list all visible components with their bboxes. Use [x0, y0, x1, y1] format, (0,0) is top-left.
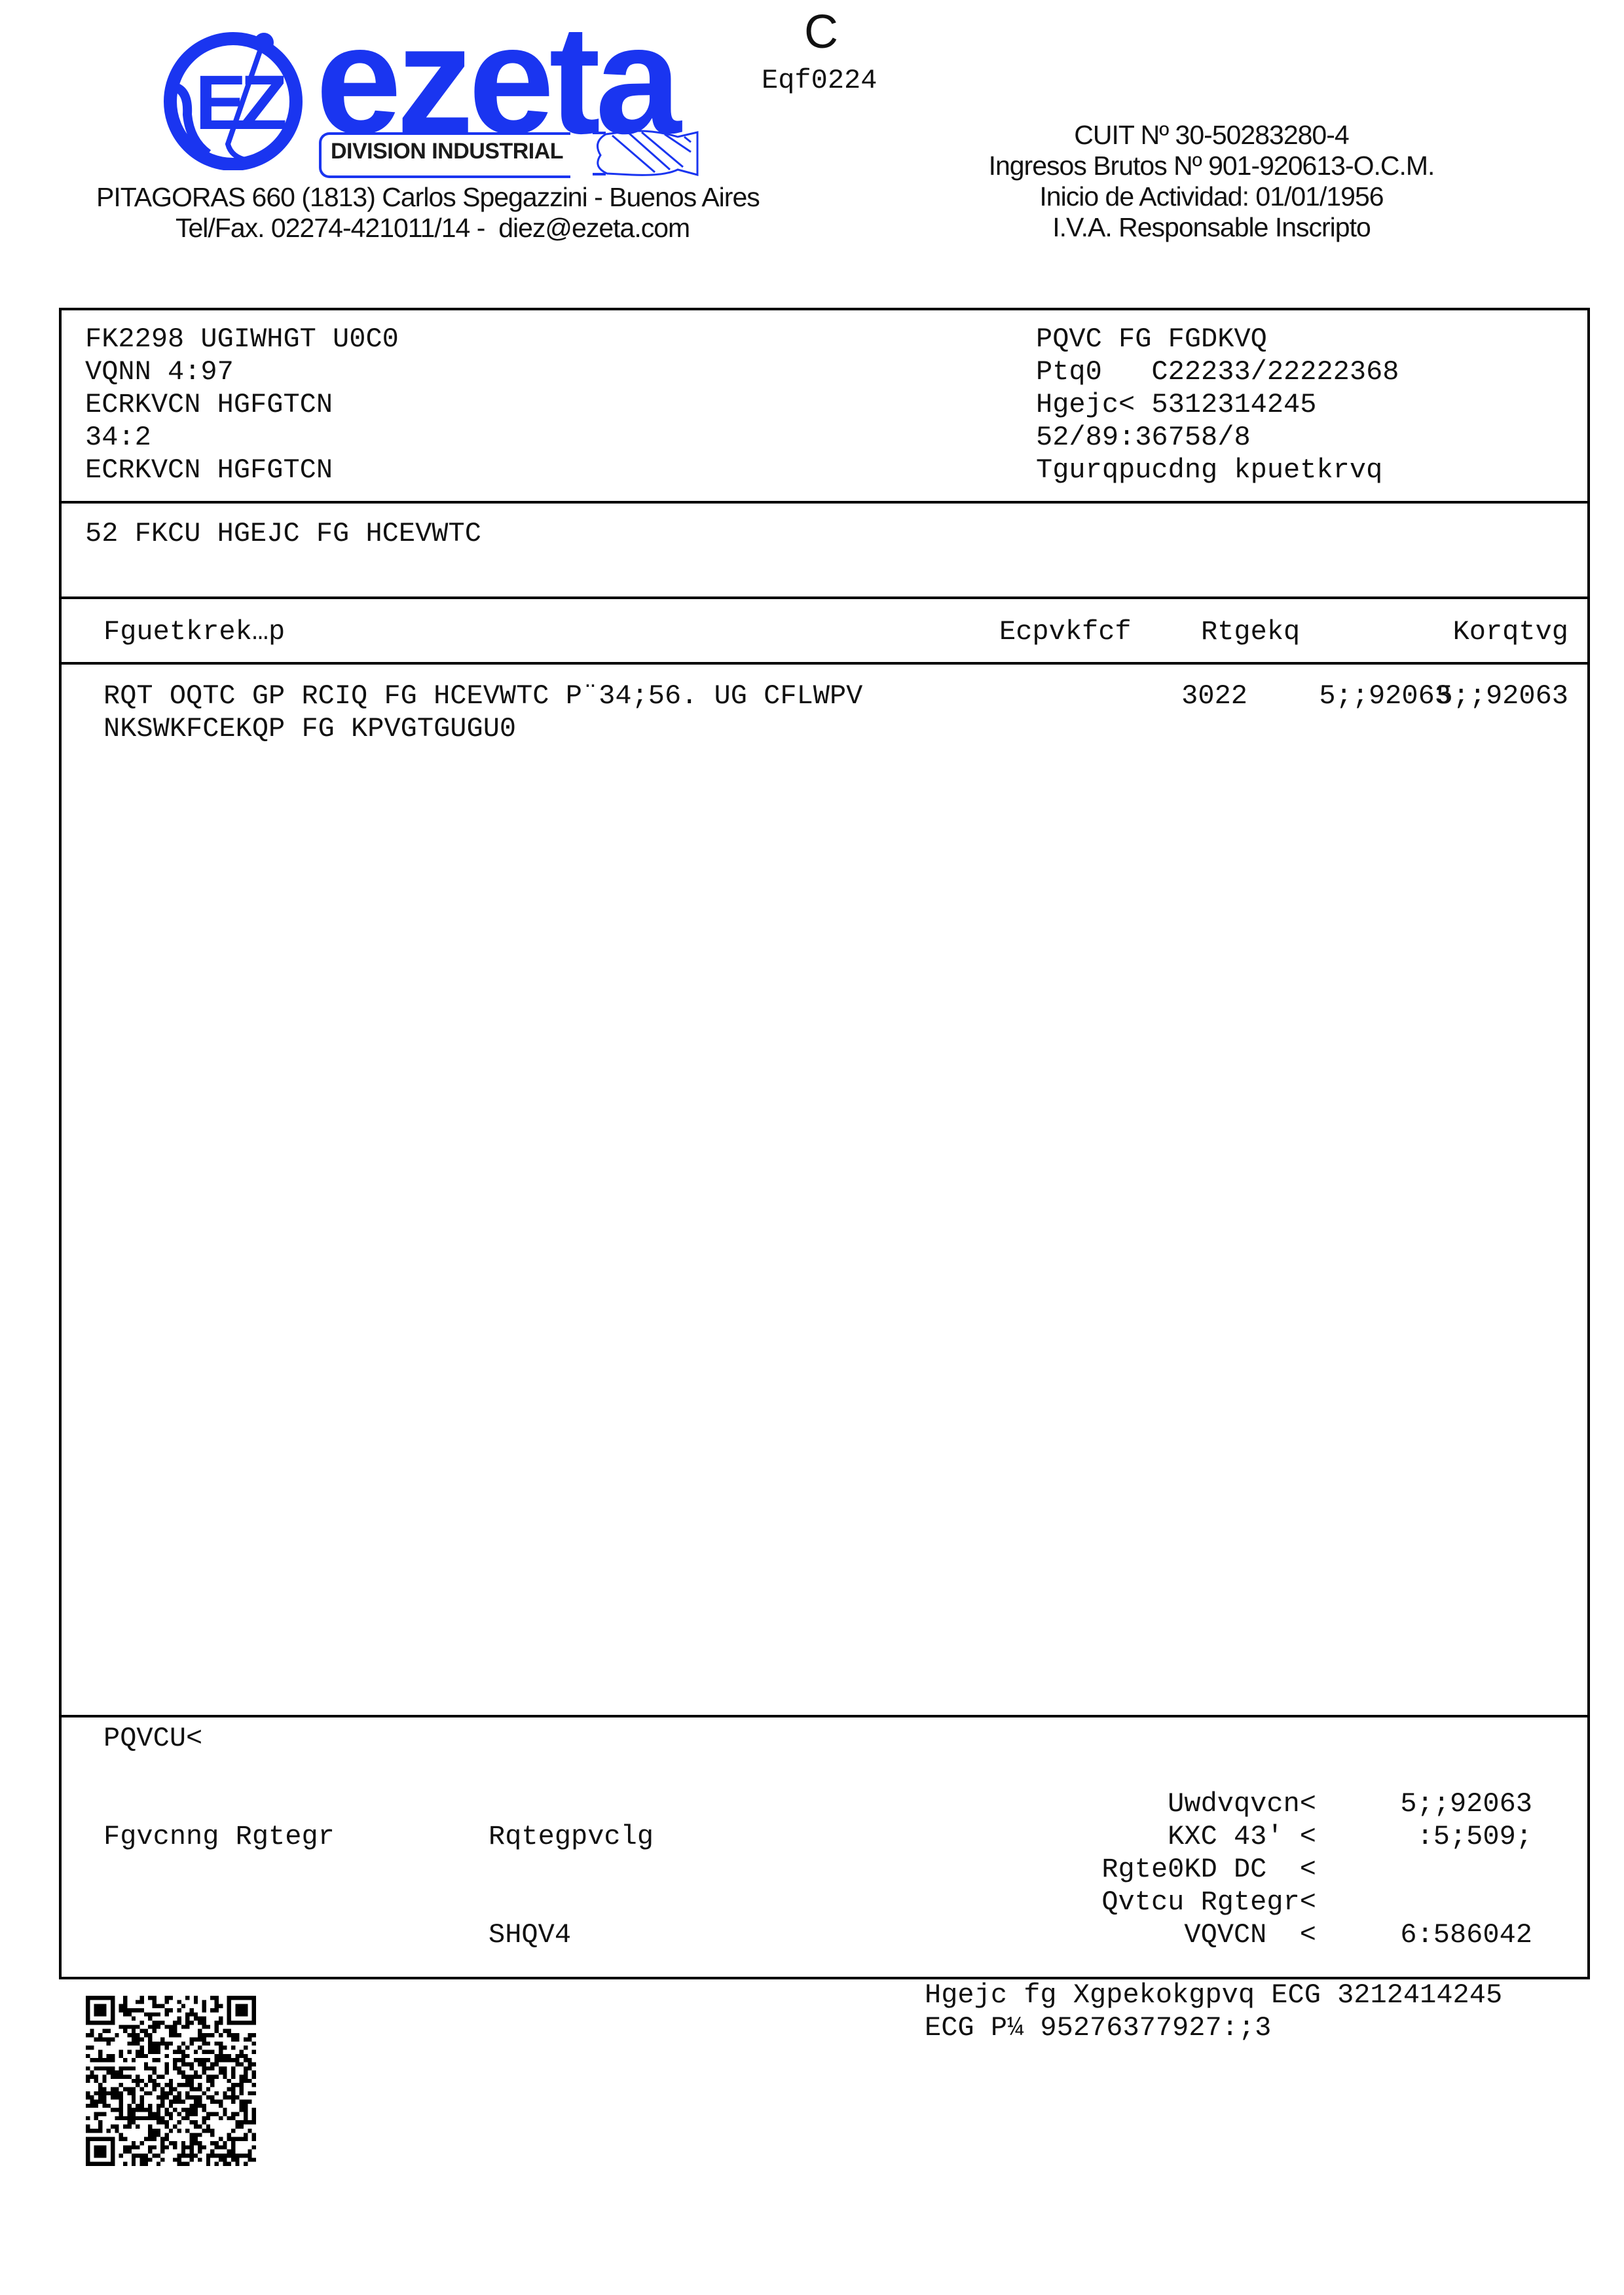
totals-row-iva: KXC 43′ < :5;509; — [982, 1820, 1539, 1853]
total-value: 6:586042 — [1310, 1919, 1532, 1951]
division-label: DIVISION INDUSTRIAL — [331, 139, 563, 164]
qr-code-icon — [86, 1995, 256, 2167]
column-header-price: Rtgekq — [1201, 615, 1300, 648]
payment-terms: 52 FKCU HGEJC FG HCEVWTC — [85, 517, 481, 550]
cae-number: ECG P¼ 95276377927:;3 — [925, 2011, 1271, 2044]
client-line: ECRKVCN HGFGTCN — [85, 454, 399, 487]
invoice-frame — [59, 308, 1590, 1979]
monogram-text: EZ — [195, 60, 286, 146]
tax-cuit: CUIT Nº 30-50283280-4 — [930, 120, 1493, 151]
company-contact: Tel/Fax. 02274-421011/14 - diez@ezeta.co… — [175, 213, 690, 244]
company-address: PITAGORAS 660 (1813) Carlos Spegazzini -… — [96, 182, 760, 213]
column-header-quantity: Ecpvkfcf — [999, 615, 1132, 648]
other-perception-label: Qvtcu Rgtegr< — [982, 1886, 1316, 1919]
client-tax-status: Tgurqpucdng kpuetkrvq — [1036, 454, 1399, 487]
notes-label: PQVCU< — [103, 1722, 202, 1755]
client-line: FK2298 UGIWHGT U0C0 — [85, 323, 399, 356]
table-row: RQT OQTC GP RCIQ FG HCEVWTC P¨34;56. UG … — [103, 680, 1570, 752]
totals-row-subtotal: Uwdvqvcn< 5;;92063 — [982, 1788, 1539, 1820]
tax-ingresos-brutos: Ingresos Brutos Nº 901-920613-O.C.M. — [930, 151, 1493, 181]
company-tax-info: CUIT Nº 30-50283280-4 Ingresos Brutos Nº… — [930, 120, 1493, 243]
ez-monogram-icon: EZ — [162, 29, 306, 170]
divider — [59, 1715, 1589, 1717]
iva-label: KXC 43′ < — [982, 1820, 1316, 1853]
signature-mid-label: Rqtegpvclg — [489, 1820, 654, 1853]
divider — [59, 662, 1589, 665]
invoice-letter-code: Eqf0224 — [762, 64, 877, 97]
item-amount: 5;;92063 — [1348, 680, 1568, 712]
client-tax-id: 52/89:36758/8 — [1036, 421, 1399, 454]
subtotal-value: 5;;92063 — [1310, 1788, 1532, 1820]
totals-row-total: VQVCN < 6:586042 — [982, 1919, 1539, 1951]
invoice-letter-type: C — [804, 5, 838, 59]
item-quantity: 3022 — [1020, 680, 1247, 712]
divider — [59, 597, 1589, 599]
client-line: ECRKVCN HGFGTCN — [85, 388, 399, 421]
totals-row-other: Qvtcu Rgtegr< — [982, 1886, 1539, 1919]
item-description: RQT OQTC GP RCIQ FG HCEVWTC P¨34;56. UG … — [103, 680, 862, 712]
column-header-amount: Korqtvg — [1310, 615, 1568, 648]
signature-code: SHQV4 — [489, 1919, 571, 1951]
column-header-description: Fguetkrek…p — [103, 615, 285, 648]
divider — [59, 501, 1589, 504]
client-line: VQNN 4:97 — [85, 356, 399, 388]
totals-row-perception: Rgte0KD DC < — [982, 1853, 1539, 1886]
totals-block: Uwdvqvcn< 5;;92063 KXC 43′ < :5;509; Rgt… — [982, 1788, 1539, 1951]
brand-name: ezeta — [316, 14, 676, 145]
tax-iva-status: I.V.A. Responsable Inscripto — [930, 212, 1493, 243]
client-info: FK2298 UGIWHGT U0C0 VQNN 4:97 ECRKVCN HG… — [85, 323, 399, 487]
document-date: Hgejc< 5312314245 — [1036, 388, 1399, 421]
client-line: 34:2 — [85, 421, 399, 454]
perception-label: Rgte0KD DC < — [982, 1853, 1316, 1886]
drill-bit-icon — [593, 129, 704, 178]
document-number: Ptq0 C22233/22222368 — [1036, 356, 1399, 388]
document-info: PQVC FG FGDKVQ Ptq0 C22233/22222368 Hgej… — [1036, 323, 1399, 487]
cae-expiry: Hgejc fg Xgpekokgpvq ECG 3212414245 — [925, 1979, 1502, 2011]
total-label: VQVCN < — [982, 1919, 1316, 1951]
document-title: PQVC FG FGDKVQ — [1036, 323, 1399, 356]
signature-left-label: Fgvcnng Rgtegr — [103, 1820, 335, 1853]
iva-value: :5;509; — [1310, 1820, 1532, 1853]
item-description-cont: NKSWKFCEKQP FG KPVGTGUGU0 — [103, 712, 516, 745]
tax-start-date: Inicio de Actividad: 01/01/1956 — [930, 181, 1493, 212]
subtotal-label: Uwdvqvcn< — [982, 1788, 1316, 1820]
